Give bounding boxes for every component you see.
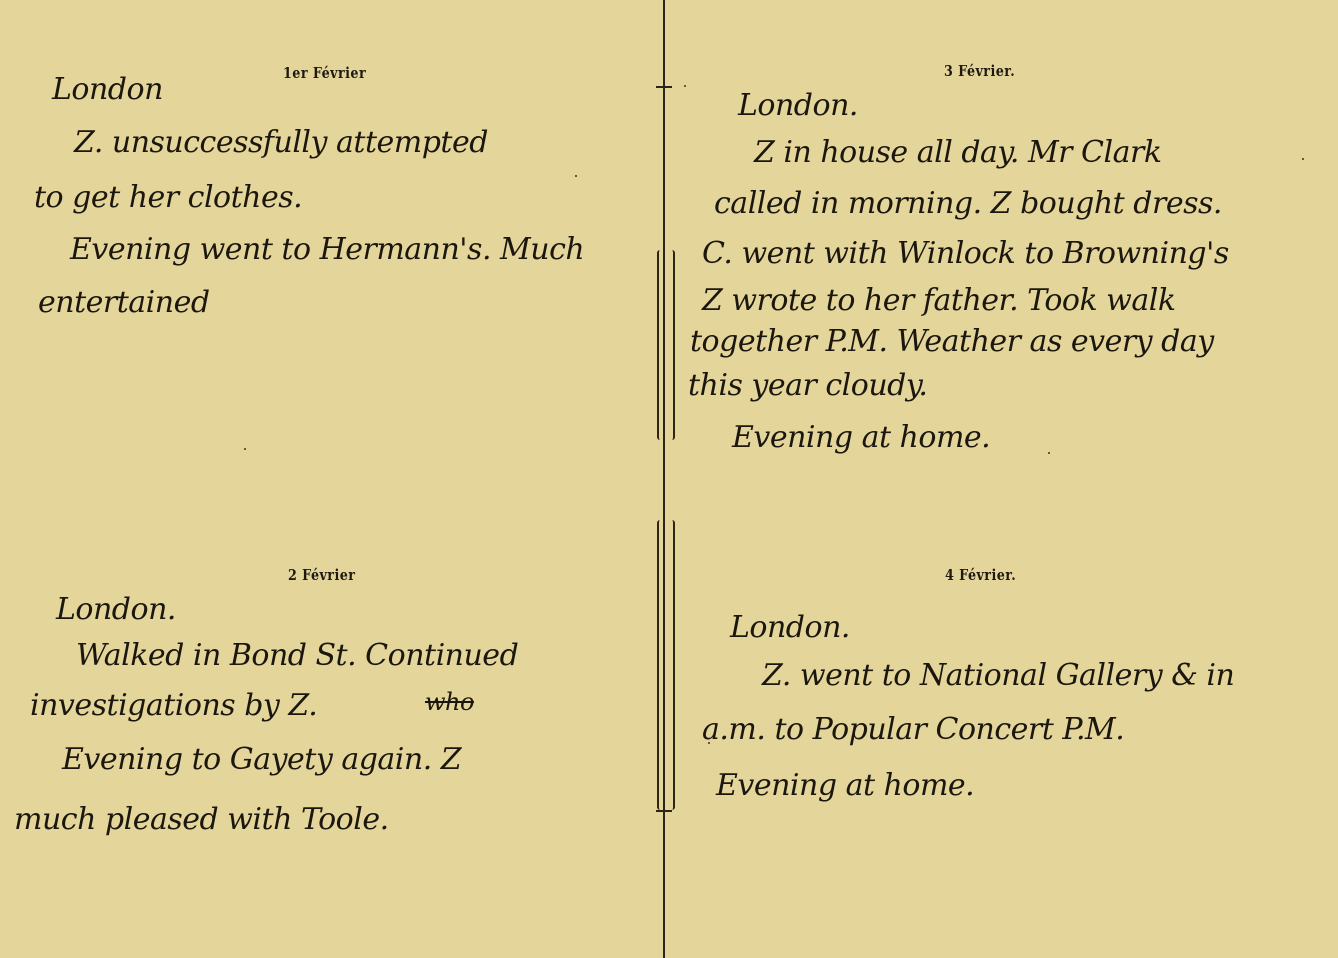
- handwritten-line: entertained: [38, 285, 210, 320]
- handwritten-line: London.: [56, 592, 176, 627]
- handwritten-line: Evening went to Hermann's. Much: [70, 232, 584, 267]
- handwritten-line: investigations by Z.: [30, 688, 317, 723]
- date-heading: 4 Février.: [945, 566, 1016, 584]
- handwritten-line: Walked in Bond St. Continued: [76, 638, 518, 673]
- date-heading: 1er Février: [283, 64, 366, 82]
- handwritten-line: called in morning. Z bought dress.: [714, 186, 1222, 221]
- handwritten-line: much pleased with Toole.: [14, 802, 389, 837]
- ink-speck: [244, 448, 246, 450]
- handwritten-line: London.: [738, 88, 858, 123]
- handwritten-line: this year cloudy.: [688, 368, 927, 403]
- handwritten-line: a.m. to Popular Concert P.M.: [702, 712, 1124, 747]
- handwritten-line: Z in house all day. Mr Clark: [754, 135, 1162, 170]
- ink-speck: [684, 85, 686, 87]
- ink-speck: [1048, 452, 1050, 454]
- handwritten-line: Evening at home.: [716, 768, 974, 803]
- handwritten-line: Z. went to National Gallery & in: [762, 658, 1234, 693]
- handwritten-line: Z. unsuccessfully attempted: [74, 125, 488, 160]
- handwritten-line: together P.M. Weather as every day: [690, 324, 1214, 359]
- handwritten-line: Evening to Gayety again. Z: [62, 742, 461, 777]
- struck-out-word: who: [425, 688, 474, 716]
- handwritten-line: London: [52, 72, 163, 107]
- handwritten-line: C. went with Winlock to Browning's: [702, 236, 1229, 271]
- ink-speck: [708, 742, 710, 744]
- right-page: 3 Février. London. Z in house all day. M…: [668, 0, 1338, 958]
- handwritten-line: Evening at home.: [732, 420, 990, 455]
- handwritten-line: Z wrote to her father. Took walk: [702, 283, 1176, 318]
- ink-speck: [575, 175, 577, 177]
- ink-speck: [1302, 158, 1304, 160]
- date-heading: 2 Février: [288, 566, 355, 584]
- diary-spread: 1er Février London Z. unsuccessfully att…: [0, 0, 1338, 958]
- handwritten-line: London.: [730, 610, 850, 645]
- date-heading: 3 Février.: [944, 62, 1015, 80]
- handwritten-line: to get her clothes.: [34, 180, 302, 215]
- left-page: 1er Février London Z. unsuccessfully att…: [0, 0, 664, 958]
- spine-line: [663, 0, 665, 958]
- book-spine: [661, 0, 667, 958]
